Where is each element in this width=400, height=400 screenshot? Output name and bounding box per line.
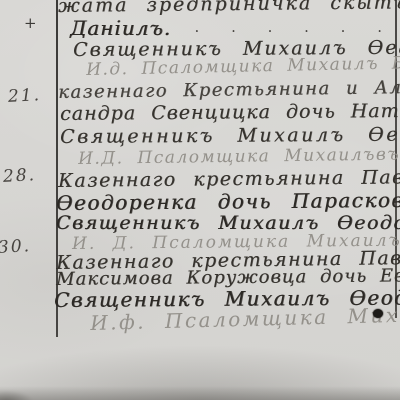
manuscript-line: казеннаго Крестьянина и Алек bbox=[58, 77, 400, 103]
entry-number: 28. bbox=[2, 165, 36, 187]
scanned-register-page: + 21. 28. 30. жата зредприничка скытъ Да… bbox=[0, 0, 400, 400]
leader-dots: . . . . . . . bbox=[158, 18, 382, 36]
cross-mark: + bbox=[24, 14, 37, 32]
entry-number: 30. bbox=[0, 236, 32, 258]
manuscript-line: сандра Свенцицка дочь Наталія bbox=[60, 100, 400, 125]
manuscript-line: Данiилъ. bbox=[70, 16, 171, 40]
entry-number: 21. bbox=[7, 85, 41, 107]
manuscript-line: Ѳеодоренка дочь Парасковія, , bbox=[56, 187, 400, 215]
page-edge-shadow bbox=[0, 386, 400, 400]
manuscript-line: жата зредприничка скытъ bbox=[58, 0, 400, 17]
ink-blot bbox=[373, 309, 383, 318]
manuscript-line: И.Д. Псаломщика Михаилъвъ bbox=[78, 145, 400, 169]
